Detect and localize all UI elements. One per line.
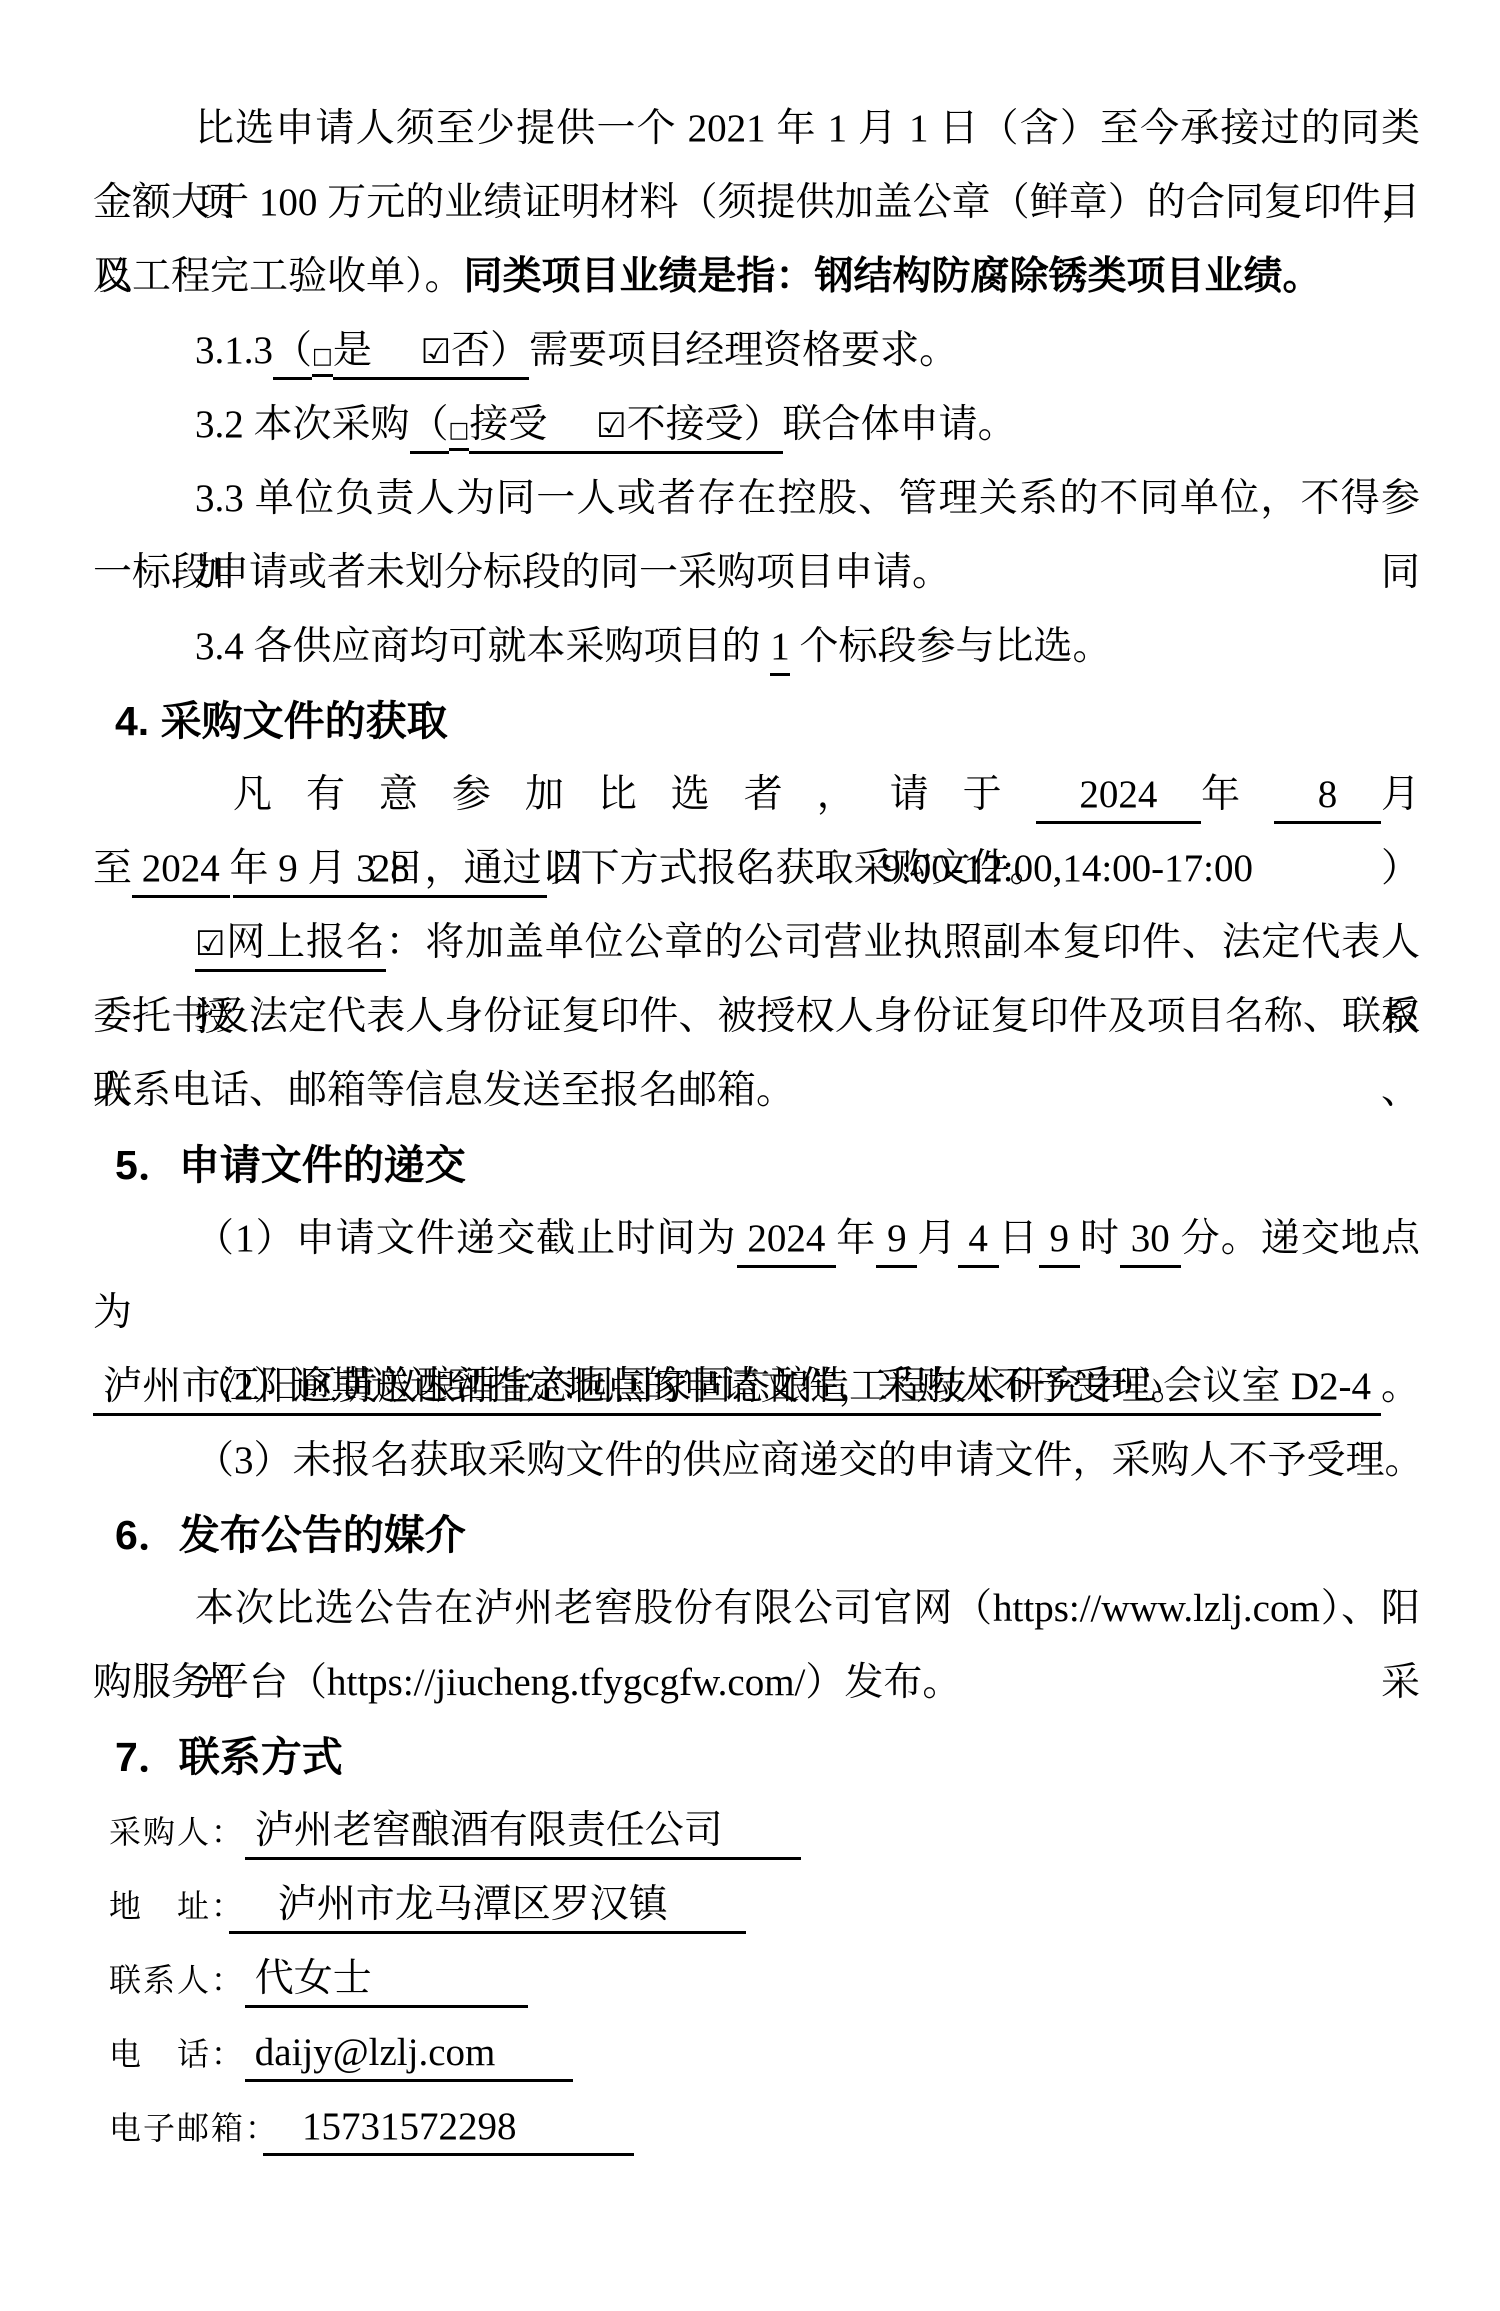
text-segment: 联合体申请。 (783, 403, 1017, 446)
paragraph-line: 及工程完工验收单）。同类项目业绩是指：钢结构防腐除锈类项目业绩。 (93, 240, 1420, 314)
section-heading-4: 4. 采购文件的获取 (93, 684, 1420, 758)
text-segment: 月 (917, 1217, 957, 1260)
text-segment: 3 (347, 847, 386, 898)
paragraph-line: （3）未报名获取采购文件的供应商递交的申请文件，采购人不予受理。 (93, 1424, 1420, 1498)
text-segment: 3.2 本次采购 (195, 403, 410, 446)
delivery-place-line: 为 泸州市江阳区黄舣酿酒生态园国家固态酿造工程技术研究中心会议室 D2-4 。 (93, 1276, 1420, 1350)
checkbox-unchecked-icon: □ (449, 418, 470, 451)
paragraph-line: 委托书及法定代表人身份证复印件、被授权人身份证复印件及项目名称、联系人、 (93, 980, 1420, 1054)
text-segment: 否） (451, 329, 529, 380)
clause-3-3-line: 3.3 单位负责人为同一人或者存在控股、管理关系的不同单位，不得参加同 (93, 462, 1420, 536)
checkbox-checked-icon: ☑ (421, 332, 451, 380)
contact-address-line: 地 址： 泸州市龙马潭区罗汉镇 (93, 1868, 1420, 1942)
text-segment: 联系人： (109, 1962, 245, 1998)
text-segment: 8 (1274, 773, 1381, 824)
text-segment: 凡有意参加比选者，请于 (233, 773, 1036, 816)
text-segment: 3.4 各供应商均可就本采购项目的 (195, 625, 770, 668)
section-heading-6: 6．发布公告的媒介 (93, 1498, 1420, 1572)
text-segment: 月 (308, 847, 347, 890)
text-segment: 购服务平台（https://jiucheng.tfygcgfw.com/）发布。 (93, 1661, 961, 1704)
text-segment: 9 (876, 1217, 917, 1268)
text-segment: 9 (269, 847, 308, 898)
text-segment: 是 (333, 329, 421, 380)
text-segment: 接受 (469, 403, 596, 454)
clause-3-1-3-line: 3.1.3（□是 ☑否）需要项目经理资格要求。 (93, 314, 1420, 388)
text-segment: 采购人： (109, 1814, 245, 1850)
text-segment: 泸州市龙马潭区罗汉镇 (229, 1883, 746, 1934)
section-heading-7: 7．联系方式 (93, 1720, 1420, 1794)
clause-3-4-line: 3.4 各供应商均可就本采购项目的 1 个标段参与比选。 (93, 610, 1420, 684)
text-segment: 3.1.3 (195, 329, 273, 372)
text-segment: 分。递交地点 (1181, 1217, 1420, 1260)
text-segment: 年 (230, 847, 269, 890)
text-segment: （ (273, 329, 312, 380)
text-segment: 月 (1381, 773, 1420, 816)
contact-person-line: 联系人： 代女士 (93, 1942, 1420, 2016)
checkbox-unchecked-icon: □ (312, 344, 333, 377)
text-segment: 4. 采购文件的获取 (115, 698, 448, 744)
text-segment: 不接受） (627, 403, 783, 454)
text-segment: 代女士 (245, 1957, 528, 2008)
text-segment: 需要项目经理资格要求。 (529, 329, 958, 372)
section-heading-5: 5．申请文件的递交 (93, 1128, 1420, 1202)
text-segment: 同类项目业绩是指：钢结构防腐除锈类项目业绩。 (464, 255, 1322, 298)
text-segment: （3）未报名获取采购文件的供应商递交的申请文件，采购人不予受理。 (195, 1439, 1424, 1482)
text-segment: 2024 (737, 1217, 837, 1268)
text-segment: 9 (1039, 1217, 1080, 1268)
text-segment: 。 (1381, 1365, 1420, 1408)
checkbox-checked-icon: ☑ (195, 924, 225, 972)
text-segment: 一标段申请或者未划分标段的同一采购项目申请。 (93, 551, 951, 594)
text-segment: 4 (958, 1217, 999, 1268)
text-segment: 6．发布公告的媒介 (115, 1512, 466, 1558)
clause-3-2-line: 3.2 本次采购（□接受 ☑不接受）联合体申请。 (93, 388, 1420, 462)
text-segment: 个标段参与比选。 (790, 625, 1112, 668)
text-segment: 7．联系方式 (115, 1734, 343, 1780)
text-segment: 时 (1080, 1217, 1120, 1260)
text-segment: 地 址： (109, 1888, 229, 1924)
deadline-line: （1）申请文件递交截止时间为 2024 年 9 月 4 日 9 时 30 分。递… (93, 1202, 1420, 1276)
document-body: 比选申请人须至少提供一个 2021 年 1 月 1 日（含）至今承接过的同类项目… (93, 92, 1420, 2164)
text-segment: 为 (93, 1291, 132, 1334)
contact-email-line: 电子邮箱： 15731572298 (93, 2090, 1420, 2164)
text-segment: 年 (836, 1217, 876, 1260)
contact-phone-line: 电 话： daijy@lzlj.com (93, 2016, 1420, 2090)
text-segment: 网上报名 (225, 921, 385, 972)
text-segment: 2024 (132, 847, 230, 898)
text-segment: 至 (93, 847, 132, 890)
text-segment: 5．申请文件的递交 (115, 1142, 466, 1188)
paragraph-line: 金额大于 100 万元的业绩证明材料（须提供加盖公章（鲜章）的合同复印件，以 (93, 166, 1420, 240)
text-segment: 电 话： (109, 2036, 245, 2072)
text-segment: 1 (770, 625, 790, 676)
contact-purchaser-line: 采购人： 泸州老窖酿酒有限责任公司 (93, 1794, 1420, 1868)
text-segment: （1）申请文件递交截止时间为 (195, 1217, 737, 1260)
paragraph-line: 比选申请人须至少提供一个 2021 年 1 月 1 日（含）至今承接过的同类项目 (93, 92, 1420, 166)
text-segment: （2）逾期送达到指定地点的申请文件，采购人不予受理。 (195, 1365, 1190, 1408)
text-segment: 30 (1120, 1217, 1181, 1268)
text-segment: 联系电话、邮箱等信息发送至报名邮箱。 (93, 1069, 795, 1112)
text-segment: 2024 (1036, 773, 1201, 824)
text-segment: daijy@lzlj.com (245, 2031, 573, 2082)
text-segment: 日 (999, 1217, 1039, 1260)
checkbox-checked-icon: ☑ (596, 406, 626, 454)
paragraph-line: 凡有意参加比选者，请于 2024 年 8 月 28 日（9:00-12:00,1… (93, 758, 1420, 832)
text-segment: 及工程完工验收单）。 (93, 255, 464, 298)
text-segment: 电子邮箱： (109, 2110, 263, 2146)
online-signup-line: ☑网上报名：将加盖单位公章的公司营业执照副本复印件、法定代表人授权 (93, 906, 1420, 980)
document-page: 比选申请人须至少提供一个 2021 年 1 月 1 日（含）至今承接过的同类项目… (0, 0, 1500, 2311)
text-segment: 日，通过以下方式报名获取采购文件。 (386, 847, 1049, 890)
paragraph-line: 本次比选公告在泸州老窖股份有限公司官网（https://www.lzlj.com… (93, 1572, 1420, 1646)
text-segment: 泸州老窖酿酒有限责任公司 (245, 1809, 801, 1860)
text-segment: 15731572298 (263, 2105, 634, 2156)
text-segment: 年 (1201, 773, 1274, 816)
text-segment: （ (410, 403, 449, 454)
